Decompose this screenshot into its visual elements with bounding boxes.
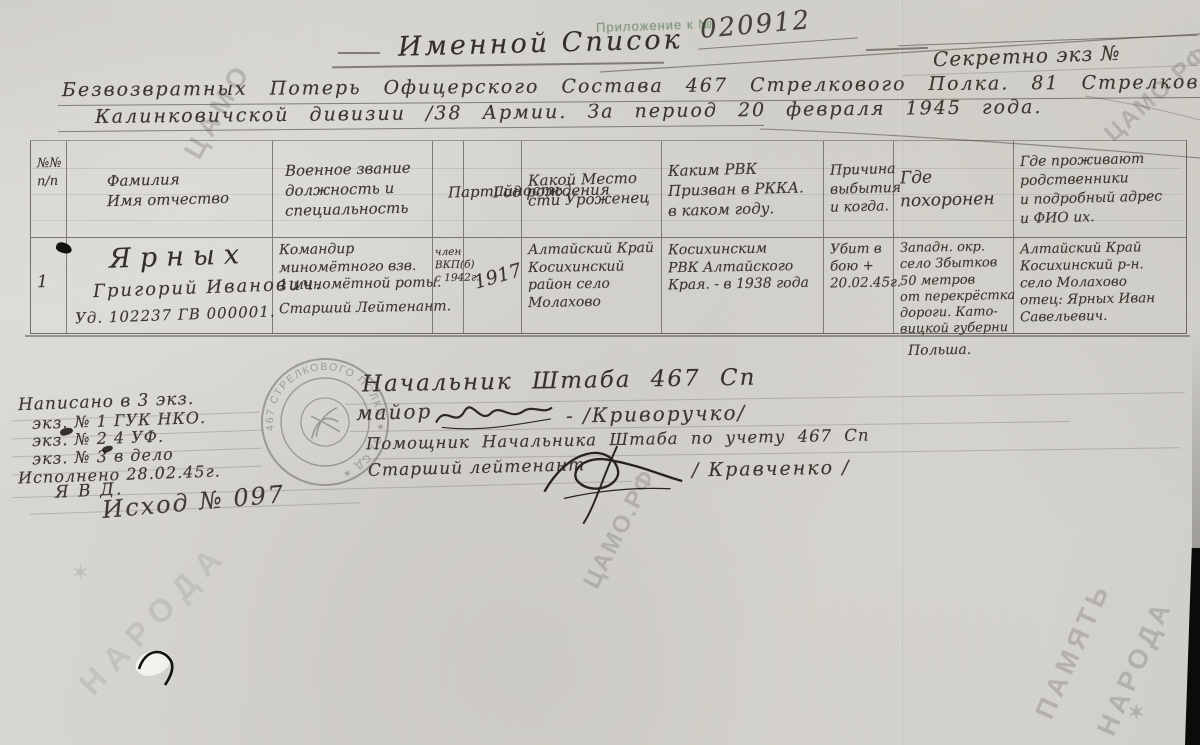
col-header-line: п/п — [37, 172, 63, 190]
party-line: член — [435, 246, 463, 260]
col-header-drafted-by: Каким РВК Призван в РККА. в каком году. — [662, 141, 824, 238]
page-title: Именной Список — [398, 24, 683, 62]
drafted-line: Косихинским — [668, 240, 820, 260]
col-header-party: Партийность — [433, 141, 464, 238]
relatives-cell: Алтайский Край Косихинский р-н. село Мол… — [1014, 238, 1186, 333]
birthplace-line: Алтайский Край — [528, 240, 658, 260]
watermark-naroda-bottomright: НАРОДА — [1091, 594, 1179, 740]
col-header-line: похоронен — [900, 188, 1011, 214]
rank-line: Командир — [279, 240, 429, 260]
annex-number: 020912 — [699, 5, 812, 45]
secret-marking: Секретно экз № — [933, 41, 1121, 72]
birth-year-cell: 1917 — [464, 238, 522, 333]
cause-line: 20.02.45г. — [830, 274, 890, 292]
watermark-star-icon: ✶ — [72, 560, 89, 585]
rank-line: 1 миномётной роты. — [279, 275, 429, 295]
col-header-line: Причина — [830, 160, 890, 180]
kravchenko-signature — [525, 438, 690, 526]
scanned-document: ЦАМО ЦАМО.РФ ЦАМО.РФ ПАМЯТЬ НАРОДА НАРОД… — [0, 0, 1200, 745]
outgoing-number: Исход № 097 — [101, 480, 286, 524]
burial-line: село Збытков — [900, 255, 1010, 273]
assistant-name: / Кравченко / — [692, 457, 851, 482]
seal-emblem-icon — [306, 408, 343, 439]
col-header-birthplace: Какой Место сти Уроженец — [522, 141, 662, 238]
watermark-star-icon: ✶ — [1128, 700, 1145, 725]
krivoruchko-signature — [430, 396, 558, 434]
drafted-cell: Косихинским РВК Алтайского Края. - в 193… — [662, 238, 824, 333]
burial-line: 50 метров — [900, 272, 1010, 290]
birthplace-cell: Алтайский Край Косихинский район село Мо… — [522, 238, 662, 333]
col-header-line: №№ — [37, 155, 63, 173]
col-header-burial-place: Где похоронен — [894, 141, 1014, 238]
relatives-line: Савельевич. — [1020, 306, 1183, 326]
id-number: Уд. 102237 ГВ 000001. — [75, 303, 270, 329]
chief-of-staff-rank: майор — [356, 399, 433, 425]
party-line: с 1942г. — [435, 272, 463, 286]
birthplace-line: Молахово — [528, 292, 658, 312]
party-line: ВКП(б) — [435, 259, 463, 273]
party-cell: член ВКП(б) с 1942г. — [433, 238, 464, 333]
losses-table: №№ п/п Фамилия Имя отчество Военное зван… — [30, 140, 1187, 334]
cause-cell: Убит в бою + 20.02.45г. — [824, 238, 894, 333]
col-header-name: Фамилия Имя отчество — [67, 141, 273, 238]
col-header-rank: Военное звание должность и специальность — [273, 141, 433, 238]
name-cell: Ярных Григорий Иванович. Уд. 102237 ГВ 0… — [67, 238, 273, 333]
scan-edge-shade — [1192, 330, 1200, 550]
rank-cell: Командир миномётного взв. 1 миномётной р… — [273, 238, 433, 333]
col-header-relatives: Где проживают родственники и подробный а… — [1014, 141, 1186, 238]
burial-line: Польша. — [908, 341, 1010, 360]
col-header-line: выбытия — [830, 179, 890, 199]
title-dash-right — [866, 47, 928, 51]
col-header-number: №№ п/п — [31, 141, 67, 238]
col-header-line: сти Уроженец — [528, 187, 658, 211]
watermark-pamyat-bottomright: ПАМЯТЬ — [1029, 577, 1117, 724]
drafted-line: Края. - в 1938 года — [668, 275, 820, 295]
col-header-cause: Причина выбытия и когда. — [824, 141, 894, 238]
paper-tear — [125, 635, 195, 695]
birth-year: 1917 — [472, 260, 521, 295]
title-dash-left — [338, 52, 380, 54]
chief-of-staff-name: - /Криворучко/ — [566, 400, 747, 427]
col-header-line: Где — [900, 165, 1011, 191]
col-header-line: в каком году. — [668, 197, 820, 221]
cause-line: Убит в — [830, 240, 890, 258]
cause-line: бою + — [830, 257, 890, 275]
table-bottom-double-line — [25, 335, 1190, 337]
col-header-line: и когда. — [830, 198, 890, 218]
birthplace-line: Косихинский — [528, 257, 658, 277]
given-name: Григорий Иванович. — [93, 275, 270, 304]
scan-black-edge — [1185, 548, 1200, 745]
surname: Ярных — [108, 237, 269, 276]
col-header-line: Имя отчество — [107, 187, 269, 211]
chief-of-staff-title: Начальник Штаба 467 Сп — [362, 365, 757, 398]
relatives-line: отец: Ярных Иван — [1020, 289, 1183, 309]
col-header-line: специальность — [285, 197, 429, 221]
burial-cell: Западн. окр. село Збытков 50 метров от п… — [894, 238, 1014, 333]
burial-line: от перекрёстка — [900, 288, 1010, 306]
title-underline — [332, 62, 664, 69]
rank-line: Старший Лейтенант. — [279, 298, 429, 318]
row-number: 1 — [37, 272, 63, 294]
col-header-line: и ФИО их. — [1020, 206, 1183, 229]
col-header-birth-year: Год рождения — [464, 141, 522, 238]
vertical-fold-crease — [899, 0, 903, 745]
birthplace-line: район село — [528, 275, 658, 295]
